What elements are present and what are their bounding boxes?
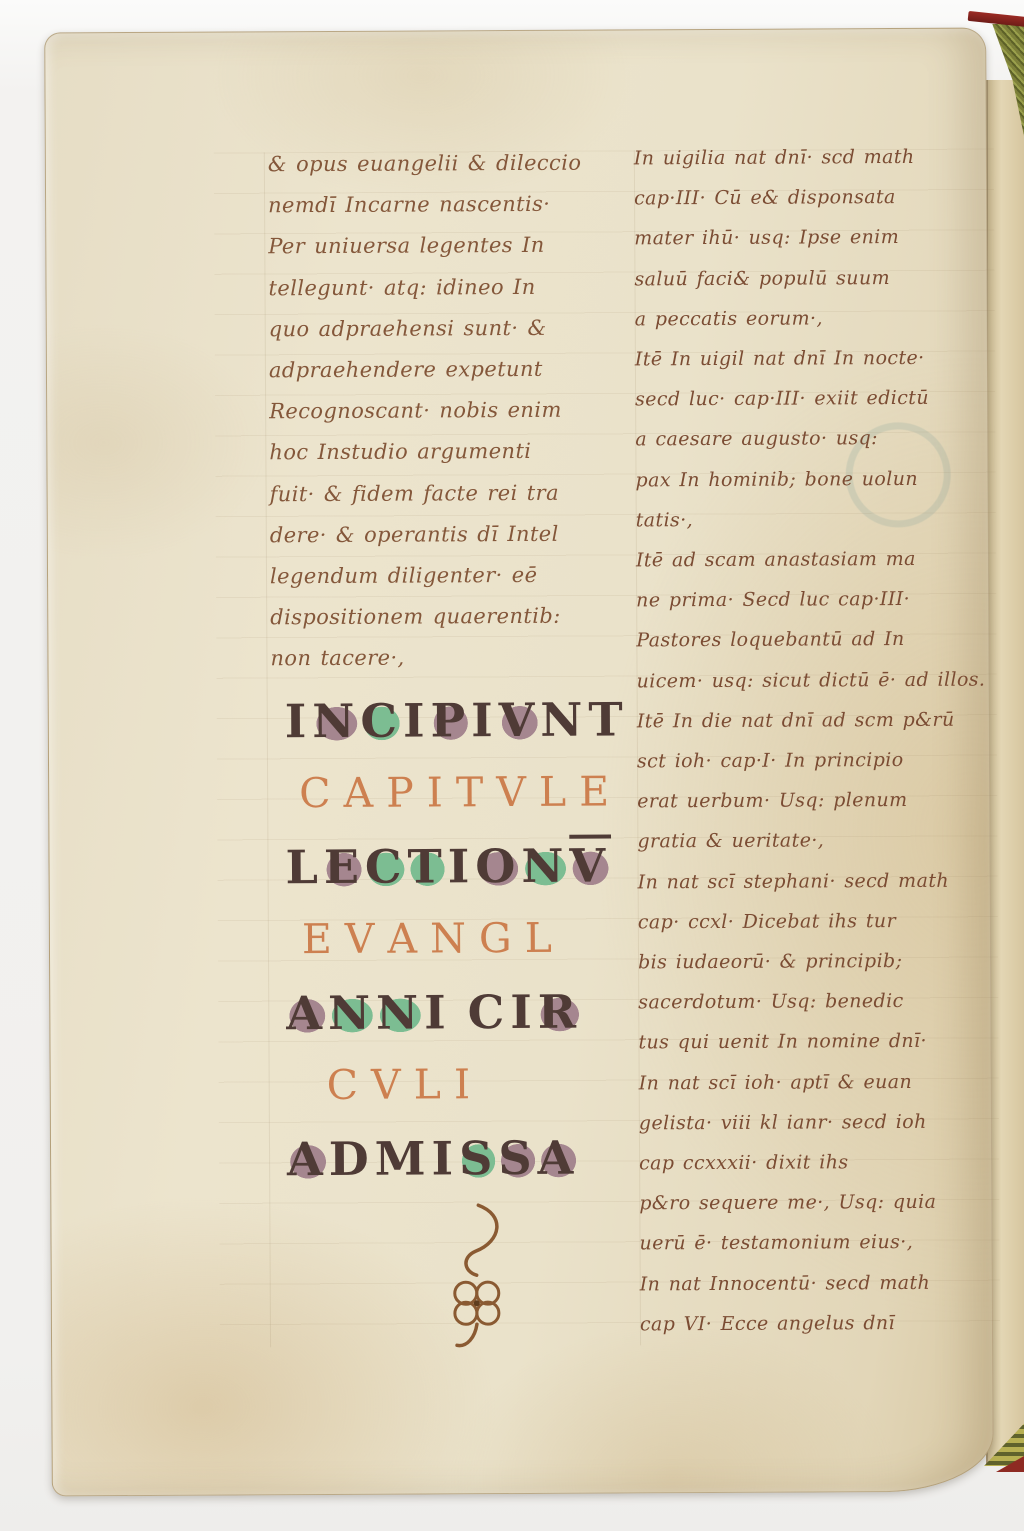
display-letter: E [579, 771, 622, 812]
text-line: a peccatis eorum·, [635, 297, 984, 339]
display-letter: A [343, 773, 386, 814]
text-line: tatis·, [636, 498, 985, 540]
display-letter: C [327, 1065, 372, 1106]
text-line: quo adpraehensi sunt· & [269, 307, 583, 350]
display-letter: I [448, 843, 476, 889]
text-line: In uigilia nat dnī· scd math [634, 137, 983, 179]
display-letter: I [510, 988, 538, 1034]
text-line: uerū ē· testamonium eius·, [639, 1222, 988, 1264]
photo-backdrop: & opus euangelii & dileccionemdī Incarne… [0, 0, 1024, 1531]
text-line: Pastores loquebantū ad In [636, 619, 985, 661]
display-title-line: CVLI [287, 1047, 631, 1122]
display-letter: L [414, 1064, 454, 1105]
display-letter: P [430, 697, 471, 743]
text-line: legendum diligenter· eē [270, 555, 584, 598]
text-line: tus qui uenit In nomine dnī· [638, 1021, 987, 1063]
text-line: ne prima· Secd luc cap·III· [636, 579, 985, 621]
text-line: a caesare augusto· usq: [635, 418, 984, 460]
text-line: dispositionem quaerentib: [270, 596, 584, 639]
text-line: cap·III· Cū e& disponsata [634, 177, 983, 219]
display-letter: T [407, 843, 447, 889]
text-line: Itē In uigil nat dnī In nocte· [635, 338, 984, 380]
text-line: non tacere·, [270, 637, 584, 680]
text-line: In nat Innocentū· secd math [640, 1262, 989, 1304]
foliate-flourish-icon [423, 1199, 524, 1364]
display-letter: V [345, 919, 388, 960]
display-letter: C [360, 697, 403, 743]
text-line: gelista· viii kl ianr· secd ioh [639, 1101, 988, 1143]
display-letter: I [471, 697, 499, 743]
text-line: bis iudaeorū· & principib; [638, 941, 987, 983]
display-letter: N [312, 697, 360, 743]
text-line: fuit· & fidem facte rei tra [269, 472, 583, 515]
display-letter: V [569, 842, 611, 888]
display-letter: V [496, 772, 539, 813]
text-line: erat uerbum· Usq: plenum [637, 780, 986, 822]
display-letter: C [365, 843, 408, 889]
display-letter: N [328, 989, 376, 1035]
display-letter: A [387, 918, 430, 959]
display-letter: L [525, 918, 565, 959]
display-letter: C [299, 773, 344, 814]
text-line: Itē ad scam anastasiam ma [636, 539, 985, 581]
display-letter: N [376, 989, 424, 1035]
text-line: uicem· usq: sicut dictū ē· ad illos. [636, 659, 985, 701]
display-letter: O [475, 842, 521, 888]
display-title-line: ADMISSA [287, 1120, 631, 1195]
display-letter: D [329, 1135, 375, 1181]
display-letter: G [479, 918, 525, 959]
display-letter: C [468, 989, 511, 1035]
text-line: sct ioh· cap·I· In principio [637, 740, 986, 782]
text-line: saluū faci& populū suum [634, 257, 983, 299]
text-line: adpraehendere expetunt [269, 349, 583, 392]
left-text-column: & opus euangelii & dileccionemdī Incarne… [268, 143, 584, 680]
display-letter: N [521, 842, 569, 888]
text-line: p&ro sequere me·, Usq: quia [639, 1182, 988, 1224]
text-line: sacerdotum· Usq: benedic [638, 981, 987, 1023]
display-letter: S [459, 1135, 498, 1181]
display-letter: A [286, 990, 328, 1036]
display-letter: A [287, 1136, 329, 1182]
display-letter: E [324, 843, 365, 889]
display-letter: I [431, 1135, 459, 1181]
text-line: & opus euangelii & dileccio [268, 143, 582, 186]
display-letter: I [403, 697, 431, 743]
text-line: cap· ccxl· Dicebat ihs tur [638, 900, 987, 942]
right-text-column: In uigilia nat dnī· scd mathcap·III· Cū … [634, 137, 989, 1345]
text-line: secd luc· cap·III· exiit edictū [635, 378, 984, 420]
manuscript-page: & opus euangelii & dileccionemdī Incarne… [44, 28, 994, 1497]
text-line: gratia & ueritate·, [637, 820, 986, 862]
text-line: pax In hominib; bone uolun [635, 458, 984, 500]
display-letter: N [540, 696, 588, 742]
text-line: cap VI· Ecce angelus dnī [640, 1302, 989, 1344]
display-letter: A [537, 1134, 579, 1180]
display-letter: V [499, 696, 541, 742]
display-letter: S [498, 1134, 537, 1180]
display-letter: M [375, 1135, 432, 1181]
text-line: hoc Instudio argumenti [269, 431, 583, 474]
text-line: cap ccxxxii· dixit ihs [639, 1142, 988, 1184]
text-line: In nat scī stephani· secd math [638, 860, 987, 902]
display-letter: I [454, 1064, 483, 1105]
text-line: In nat scī ioh· aptī & euan [639, 1061, 988, 1103]
display-letter: L [539, 772, 579, 813]
display-letter: R [538, 988, 582, 1034]
display-letter: I [427, 772, 456, 813]
display-letter: I [424, 989, 452, 1035]
display-letter: E [302, 919, 345, 960]
display-letter: L [285, 844, 324, 890]
display-letter: V [371, 1065, 414, 1106]
display-letter: T [588, 696, 628, 742]
text-line: mater ihū· usq: Ipse enim [634, 217, 983, 259]
incipit-title: INCIPIVNTCAPITVLELECTIONVEVANGLANNICIRCV… [285, 682, 632, 1195]
display-letter: T [456, 772, 497, 813]
text-line: nemdī Incarne nascentis· [268, 184, 582, 227]
text-line: Per uniuersa legentes In [268, 225, 582, 268]
text-line: tellegunt· atq: idineo In [268, 266, 582, 309]
display-title-line: EVANGL [286, 901, 630, 976]
display-title-line: ANNICIR [286, 974, 630, 1049]
display-letter: I [285, 698, 313, 744]
display-title-line: LECTIONV [285, 828, 629, 903]
text-line: Recognoscant· nobis enim [269, 390, 583, 433]
text-line: dere· & operantis dī Intel [270, 513, 584, 556]
text-line: Itē In die nat dnī ad scm p&rū [637, 699, 986, 741]
display-letter: P [386, 772, 427, 813]
display-title-line: INCIPIVNT [285, 682, 629, 757]
display-letter: N [430, 918, 479, 959]
display-title-line: CAPITVLE [285, 755, 629, 830]
